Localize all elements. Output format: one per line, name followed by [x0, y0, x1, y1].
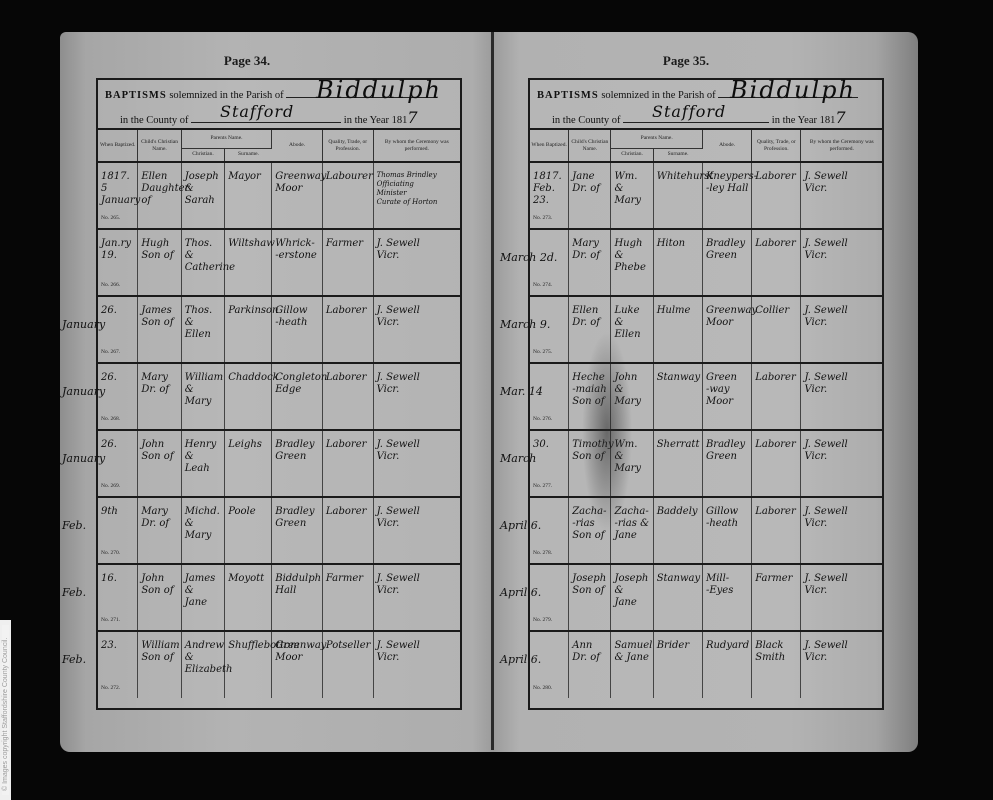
abode-text: Greenway Moor: [706, 305, 749, 329]
child-text: Mary Dr. of: [572, 238, 608, 262]
entry-number: No. 279.: [533, 614, 552, 626]
abode-text: Green -way Moor: [706, 372, 749, 408]
entry-christian: Joseph & Jane: [611, 564, 653, 631]
entry-abode: Greenway Moor: [272, 162, 323, 229]
entry-christian: Henry & Leah: [181, 430, 224, 497]
quality-text: Laborer: [755, 171, 798, 183]
entry-christian: Samuel & Jane: [611, 631, 653, 698]
page-number: Page 34.: [30, 53, 464, 69]
register-entry: 26.No. 268.JanuaryMary Dr. ofWilliam & M…: [98, 363, 460, 430]
entry-christian: James & Jane: [181, 564, 224, 631]
page-number: Page 35.: [474, 53, 898, 69]
quality-text: Laborer: [755, 506, 798, 518]
entry-surname: Parkinson: [225, 296, 272, 363]
col-surname: Surname.: [653, 148, 702, 162]
col-christian: Christian.: [181, 148, 224, 162]
abode-text: Biddulph Hall: [275, 573, 320, 597]
abode-text: Bradley Green: [275, 506, 320, 530]
margin-date: January: [62, 386, 105, 398]
christian-text: Zacha- -rias & Jane: [614, 506, 650, 542]
entry-quality: Laborer: [322, 430, 373, 497]
christian-text: Joseph & Jane: [614, 573, 650, 609]
when-text: 1817. 5 January: [101, 171, 135, 207]
margin-date: March 2d.: [500, 252, 557, 264]
entry-surname: Shufflebottom: [225, 631, 272, 698]
col-child: Child's Christian Name.: [138, 130, 181, 162]
entry-surname: Stanway: [653, 363, 702, 430]
entry-by-whom: J. Sewell Vicr.: [373, 631, 460, 698]
register-entry: 26.No. 267.JanuaryJames Son ofThos. & El…: [98, 296, 460, 363]
register-table: When Baptized. Child's Christian Name. P…: [530, 130, 882, 698]
entry-number: No. 275.: [533, 346, 552, 358]
entry-abode: Green -way Moor: [702, 363, 751, 430]
quality-text: Laborer: [326, 305, 371, 317]
entry-by-whom: J. Sewell Vicr.: [373, 430, 460, 497]
entry-number: No. 272.: [101, 682, 120, 694]
when-text: 23.: [101, 640, 135, 652]
surname-text: Stanway: [657, 573, 700, 585]
entry-child: Zacha- -rias Son of: [569, 497, 611, 564]
col-quality: Quality, Trade, or Profession.: [752, 130, 801, 162]
by-whom-text: J. Sewell Vicr.: [377, 573, 458, 597]
entry-abode: Greenway Moor: [702, 296, 751, 363]
abode-text: Bradley Green: [706, 439, 749, 463]
col-when: When Baptized.: [530, 130, 569, 162]
christian-text: Michd. & Mary: [185, 506, 222, 542]
register-entry: 30.No. 277.MarchTimothy Son ofWm. & Mary…: [530, 430, 882, 497]
abode-text: Gillow -heath: [275, 305, 320, 329]
header-text-2: in the County of: [120, 115, 189, 126]
entry-number: No. 274.: [533, 279, 552, 291]
entry-christian: Zacha- -rias & Jane: [611, 497, 653, 564]
entry-by-whom: J. Sewell Vicr.: [801, 564, 882, 631]
entry-when: 26.No. 268.January: [98, 363, 138, 430]
child-text: John Son of: [141, 439, 178, 463]
entry-when: No. 276.Mar. 14: [530, 363, 569, 430]
entry-number: No. 271.: [101, 614, 120, 626]
entry-surname: Wiltshaw: [225, 229, 272, 296]
christian-text: Wm. & Mary: [614, 171, 650, 207]
entry-number: No. 276.: [533, 413, 552, 425]
entry-quality: Labourer: [322, 162, 373, 229]
entry-by-whom: J. Sewell Vicr.: [373, 564, 460, 631]
surname-text: Wiltshaw: [228, 238, 269, 250]
entry-when: No. 279.April 6.: [530, 564, 569, 631]
entry-abode: Bradley Green: [272, 497, 323, 564]
entry-number: No. 280.: [533, 682, 552, 694]
entry-quality: Laborer: [752, 497, 801, 564]
entry-child: Hugh Son of: [138, 229, 181, 296]
entry-surname: Mayor: [225, 162, 272, 229]
entry-quality: Laborer: [322, 363, 373, 430]
surname-text: Chaddock: [228, 372, 269, 384]
entry-quality: Laborer: [752, 430, 801, 497]
entry-when: No. 280.April 6.: [530, 631, 569, 698]
entry-quality: Laborer: [752, 363, 801, 430]
surname-text: Shufflebottom: [228, 640, 269, 652]
register-header: BAPTISMS solemnized in the Parish of Bid…: [530, 80, 882, 130]
margin-date: Mar. 14: [500, 386, 543, 398]
when-text: 26.: [101, 439, 135, 451]
register-entry: 16.No. 271.Feb.John Son ofJames & JaneMo…: [98, 564, 460, 631]
quality-text: Laborer: [755, 439, 798, 451]
entry-quality: Laborer: [322, 497, 373, 564]
col-parents: Parents Name.: [611, 130, 703, 148]
abode-text: Kneypers- -ley Hall: [706, 171, 749, 195]
col-when: When Baptized.: [98, 130, 138, 162]
entry-christian: Hugh & Phebe: [611, 229, 653, 296]
entry-surname: Whitehurst: [653, 162, 702, 229]
quality-text: Laborer: [326, 372, 371, 384]
register-entry: 9thNo. 270.Feb.Mary Dr. ofMichd. & MaryP…: [98, 497, 460, 564]
by-whom-text: J. Sewell Vicr.: [377, 640, 458, 664]
entry-abode: Bradley Green: [702, 229, 751, 296]
when-text: Jan.ry 19.: [101, 238, 135, 262]
quality-text: Black Smith: [755, 640, 798, 664]
entry-number: No. 265.: [101, 212, 120, 224]
col-abode: Abode.: [272, 130, 323, 162]
col-by-whom: By whom the Ceremony was performed.: [373, 130, 460, 162]
when-text: 9th: [101, 506, 135, 518]
register-entry: 26.No. 269.JanuaryJohn Son ofHenry & Lea…: [98, 430, 460, 497]
entry-quality: Collier: [752, 296, 801, 363]
entry-surname: Brider: [653, 631, 702, 698]
register-entry: No. 279.April 6.Joseph Son ofJoseph & Ja…: [530, 564, 882, 631]
entry-christian: John & Mary: [611, 363, 653, 430]
surname-text: Sherratt: [657, 439, 700, 451]
entry-number: No. 266.: [101, 279, 120, 291]
surname-text: Leighs: [228, 439, 269, 451]
margin-date: March 9.: [500, 319, 550, 331]
entry-when: 26.No. 269.January: [98, 430, 138, 497]
surname-text: Hulme: [657, 305, 700, 317]
quality-text: Laborer: [326, 439, 371, 451]
entry-christian: Wm. & Mary: [611, 162, 653, 229]
entry-by-whom: J. Sewell Vicr.: [801, 430, 882, 497]
entry-child: Ann Dr. of: [569, 631, 611, 698]
register-entry: No. 278.April 6.Zacha- -rias Son ofZacha…: [530, 497, 882, 564]
margin-date: Feb.: [62, 654, 86, 666]
surname-text: Baddely: [657, 506, 700, 518]
margin-date: April 6.: [500, 654, 541, 666]
entry-number: No. 268.: [101, 413, 120, 425]
christian-text: Hugh & Phebe: [614, 238, 650, 274]
surname-text: Stanway: [657, 372, 700, 384]
abode-text: Whrick- -erstone: [275, 238, 320, 262]
entry-abode: Whrick- -erstone: [272, 229, 323, 296]
entry-quality: Farmer: [752, 564, 801, 631]
child-text: Ellen Daughter of: [141, 171, 178, 207]
entry-abode: Mill- -Eyes: [702, 564, 751, 631]
entry-child: Mary Dr. of: [138, 363, 181, 430]
christian-text: Thos. & Catherine: [185, 238, 222, 274]
child-text: Joseph Son of: [572, 573, 608, 597]
when-text: 26.: [101, 305, 135, 317]
entry-when: 1817. 5 JanuaryNo. 265.: [98, 162, 138, 229]
register-entry: Jan.ry 19.No. 266.Hugh Son ofThos. & Cat…: [98, 229, 460, 296]
quality-text: Laborer: [755, 238, 798, 250]
year-prefix: in the Year 181: [344, 115, 408, 126]
entry-number: No. 267.: [101, 346, 120, 358]
header-text-2: in the County of: [552, 115, 621, 126]
by-whom-text: J. Sewell Vicr.: [804, 506, 880, 530]
by-whom-text: J. Sewell Vicr.: [377, 372, 458, 396]
abode-text: Gillow -heath: [706, 506, 749, 530]
child-text: James Son of: [141, 305, 178, 329]
entry-quality: Laborer: [322, 296, 373, 363]
quality-text: Labourer: [326, 171, 371, 183]
entry-christian: Andrew & Elizabeth: [181, 631, 224, 698]
entry-surname: Chaddock: [225, 363, 272, 430]
surname-text: Whitehurst: [657, 171, 700, 183]
entry-by-whom: J. Sewell Vicr.: [373, 296, 460, 363]
year-prefix: in the Year 181: [772, 115, 836, 126]
entry-child: John Son of: [138, 564, 181, 631]
by-whom-text: J. Sewell Vicr.: [377, 305, 458, 329]
right-page: Page 35. BAPTISMS solemnized in the Pari…: [494, 32, 918, 752]
abode-text: Rudyard: [706, 640, 749, 652]
entry-child: Mary Dr. of: [569, 229, 611, 296]
register-entry: No. 275.March 9.Ellen Dr. ofLuke & Ellen…: [530, 296, 882, 363]
year-suffix: 7: [407, 108, 417, 127]
by-whom-text: J. Sewell Vicr.: [804, 171, 880, 195]
entry-surname: Hiton: [653, 229, 702, 296]
entry-child: James Son of: [138, 296, 181, 363]
entry-number: No. 273.: [533, 212, 552, 224]
entry-surname: Sherratt: [653, 430, 702, 497]
copyright-credit: © Images copyright Staffordshire County …: [2, 625, 9, 795]
entry-child: William Son of: [138, 631, 181, 698]
quality-text: Potseller: [326, 640, 371, 652]
surname-text: Moyott: [228, 573, 269, 585]
child-text: John Son of: [141, 573, 178, 597]
christian-text: Thos. & Ellen: [185, 305, 222, 341]
entry-when: 1817. Feb. 23.No. 273.: [530, 162, 569, 229]
quality-text: Farmer: [755, 573, 798, 585]
entry-child: John Son of: [138, 430, 181, 497]
entry-quality: Laborer: [752, 229, 801, 296]
abode-text: Bradley Green: [275, 439, 320, 463]
entry-child: Timothy Son of: [569, 430, 611, 497]
margin-date: January: [62, 319, 105, 331]
by-whom-text: J. Sewell Vicr.: [377, 506, 458, 530]
entry-abode: Gillow -heath: [702, 497, 751, 564]
entry-when: 26.No. 267.January: [98, 296, 138, 363]
entry-by-whom: J. Sewell Vicr.: [801, 296, 882, 363]
entry-by-whom: J. Sewell Vicr.: [801, 229, 882, 296]
child-text: Zacha- -rias Son of: [572, 506, 608, 542]
christian-text: Luke & Ellen: [614, 305, 650, 341]
entry-quality: Potseller: [322, 631, 373, 698]
entry-when: No. 278.April 6.: [530, 497, 569, 564]
child-text: Jane Dr. of: [572, 171, 608, 195]
entry-quality: Farmer: [322, 564, 373, 631]
entry-surname: Baddely: [653, 497, 702, 564]
child-text: Mary Dr. of: [141, 372, 178, 396]
entry-number: No. 269.: [101, 480, 120, 492]
entry-by-whom: J. Sewell Vicr.: [801, 363, 882, 430]
header-text-1: solemnized in the Parish of: [601, 90, 715, 101]
christian-text: Wm. & Mary: [614, 439, 650, 475]
margin-date: April 6.: [500, 587, 541, 599]
entry-by-whom: J. Sewell Vicr.: [373, 229, 460, 296]
abode-text: Greenway Moor: [275, 171, 320, 195]
child-text: William Son of: [141, 640, 178, 664]
baptism-register: BAPTISMS solemnized in the Parish of Bid…: [528, 78, 884, 710]
year-suffix: 7: [835, 108, 845, 127]
entry-abode: Kneypers- -ley Hall: [702, 162, 751, 229]
abode-text: Congleton Edge: [275, 372, 320, 396]
entry-by-whom: Thomas Brindley Officiating Minister Cur…: [373, 162, 460, 229]
col-quality: Quality, Trade, or Profession.: [322, 130, 373, 162]
abode-text: Greenway Moor: [275, 640, 320, 664]
child-text: Timothy Son of: [572, 439, 608, 463]
by-whom-text: J. Sewell Vicr.: [804, 573, 880, 597]
entry-by-whom: J. Sewell Vicr.: [373, 363, 460, 430]
quality-text: Collier: [755, 305, 798, 317]
abode-text: Bradley Green: [706, 238, 749, 262]
child-text: Mary Dr. of: [141, 506, 178, 530]
by-whom-text: J. Sewell Vicr.: [804, 439, 880, 463]
entry-christian: William & Mary: [181, 363, 224, 430]
christian-text: Henry & Leah: [185, 439, 222, 475]
register-table: When Baptized. Child's Christian Name. P…: [98, 130, 460, 698]
scanned-register-image: © Images copyright Staffordshire County …: [0, 0, 993, 800]
when-text: 16.: [101, 573, 135, 585]
by-whom-text: J. Sewell Vicr.: [804, 238, 880, 262]
surname-text: Poole: [228, 506, 269, 518]
margin-date: January: [62, 453, 105, 465]
col-christian: Christian.: [611, 148, 653, 162]
by-whom-text: J. Sewell Vicr.: [377, 238, 458, 262]
parish-name: Biddulph: [316, 76, 442, 104]
margin-date: Feb.: [62, 587, 86, 599]
entry-number: No. 277.: [533, 480, 552, 492]
entry-number: No. 278.: [533, 547, 552, 559]
baptism-register: BAPTISMS solemnized in the Parish of Bid…: [96, 78, 462, 710]
entry-child: Jane Dr. of: [569, 162, 611, 229]
entry-abode: Rudyard: [702, 631, 751, 698]
header-text-1: solemnized in the Parish of: [169, 90, 283, 101]
entry-when: 16.No. 271.Feb.: [98, 564, 138, 631]
entry-abode: Bradley Green: [702, 430, 751, 497]
margin-date: Feb.: [62, 520, 86, 532]
entry-quality: Laborer: [752, 162, 801, 229]
register-type: BAPTISMS: [537, 90, 599, 101]
entry-christian: Joseph & Sarah: [181, 162, 224, 229]
left-page: Page 34. BAPTISMS solemnized in the Pari…: [60, 32, 494, 752]
entry-surname: Poole: [225, 497, 272, 564]
margin-date: April 6.: [500, 520, 541, 532]
when-text: 1817. Feb. 23.: [533, 171, 566, 207]
when-text: 30.: [533, 439, 566, 451]
entry-christian: Thos. & Catherine: [181, 229, 224, 296]
col-by-whom: By whom the Ceremony was performed.: [801, 130, 882, 162]
christian-text: James & Jane: [185, 573, 222, 609]
entry-abode: Congleton Edge: [272, 363, 323, 430]
register-entry: 1817. Feb. 23.No. 273.Jane Dr. ofWm. & M…: [530, 162, 882, 229]
surname-text: Hiton: [657, 238, 700, 250]
entry-quality: Farmer: [322, 229, 373, 296]
entry-surname: Moyott: [225, 564, 272, 631]
entry-child: Ellen Daughter of: [138, 162, 181, 229]
county-name: Stafford: [652, 102, 726, 121]
abode-text: Mill- -Eyes: [706, 573, 749, 597]
entry-abode: Greenway Moor: [272, 631, 323, 698]
quality-text: Farmer: [326, 573, 371, 585]
entry-abode: Biddulph Hall: [272, 564, 323, 631]
col-parents: Parents Name.: [181, 130, 271, 148]
quality-text: Laborer: [326, 506, 371, 518]
entry-when: 30.No. 277.March: [530, 430, 569, 497]
christian-text: Andrew & Elizabeth: [185, 640, 222, 676]
surname-text: Brider: [657, 640, 700, 652]
child-text: Hugh Son of: [141, 238, 178, 262]
entry-by-whom: J. Sewell Vicr.: [801, 497, 882, 564]
entry-when: 23.No. 272.Feb.: [98, 631, 138, 698]
entry-by-whom: J. Sewell Vicr.: [801, 631, 882, 698]
register-entry: 1817. 5 JanuaryNo. 265.Ellen Daughter of…: [98, 162, 460, 229]
christian-text: Samuel & Jane: [614, 640, 650, 664]
entry-christian: Thos. & Ellen: [181, 296, 224, 363]
parish-name: Biddulph: [730, 76, 856, 104]
col-abode: Abode.: [702, 130, 751, 162]
surname-text: Parkinson: [228, 305, 269, 317]
entry-abode: Gillow -heath: [272, 296, 323, 363]
col-child: Child's Christian Name.: [569, 130, 611, 162]
entry-christian: Luke & Ellen: [611, 296, 653, 363]
col-surname: Surname.: [225, 148, 272, 162]
county-name: Stafford: [220, 102, 294, 121]
child-text: Heche -maiah Son of: [572, 372, 608, 408]
by-whom-text: J. Sewell Vicr.: [377, 439, 458, 463]
christian-text: William & Mary: [185, 372, 222, 408]
surname-text: Mayor: [228, 171, 269, 183]
quality-text: Laborer: [755, 372, 798, 384]
register-entry: No. 274.March 2d.Mary Dr. ofHugh & Phebe…: [530, 229, 882, 296]
entry-surname: Leighs: [225, 430, 272, 497]
entry-when: 9thNo. 270.Feb.: [98, 497, 138, 564]
register-entry: No. 276.Mar. 14Heche -maiah Son ofJohn &…: [530, 363, 882, 430]
entry-child: Joseph Son of: [569, 564, 611, 631]
entry-by-whom: J. Sewell Vicr.: [801, 162, 882, 229]
entry-child: Heche -maiah Son of: [569, 363, 611, 430]
entry-child: Mary Dr. of: [138, 497, 181, 564]
by-whom-text: Thomas Brindley Officiating Minister Cur…: [377, 171, 458, 207]
entry-surname: Stanway: [653, 564, 702, 631]
by-whom-text: J. Sewell Vicr.: [804, 305, 880, 329]
child-text: Ann Dr. of: [572, 640, 608, 664]
when-text: 26.: [101, 372, 135, 384]
entry-christian: Michd. & Mary: [181, 497, 224, 564]
by-whom-text: J. Sewell Vicr.: [804, 372, 880, 396]
entry-when: Jan.ry 19.No. 266.: [98, 229, 138, 296]
entry-when: No. 274.March 2d.: [530, 229, 569, 296]
entry-number: No. 270.: [101, 547, 120, 559]
margin-date: March: [500, 453, 536, 465]
entry-quality: Black Smith: [752, 631, 801, 698]
entry-abode: Bradley Green: [272, 430, 323, 497]
entry-christian: Wm. & Mary: [611, 430, 653, 497]
entry-child: Ellen Dr. of: [569, 296, 611, 363]
entry-surname: Hulme: [653, 296, 702, 363]
child-text: Ellen Dr. of: [572, 305, 608, 329]
christian-text: Joseph & Sarah: [185, 171, 222, 207]
entry-when: No. 275.March 9.: [530, 296, 569, 363]
entry-by-whom: J. Sewell Vicr.: [373, 497, 460, 564]
quality-text: Farmer: [326, 238, 371, 250]
register-header: BAPTISMS solemnized in the Parish of Bid…: [98, 80, 460, 130]
